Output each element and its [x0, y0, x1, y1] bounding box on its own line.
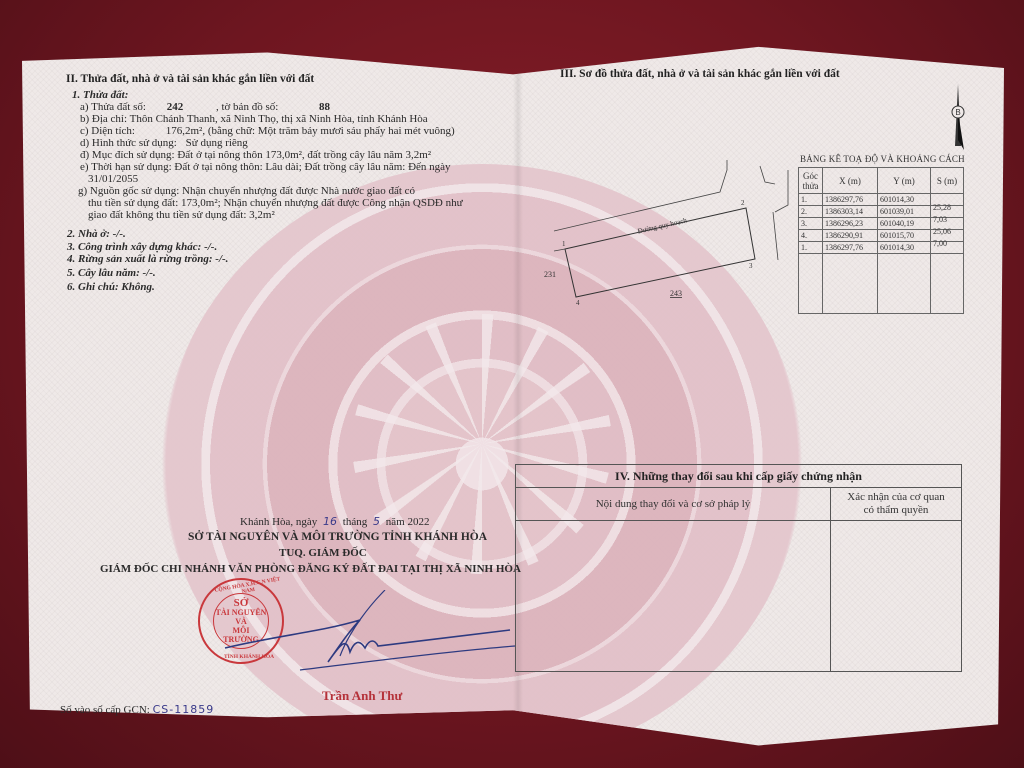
coord-distance: 7,00 [931, 237, 964, 249]
svg-text:Đường quy hoạch: Đường quy hoạch [637, 216, 688, 235]
signer-name: Trần Anh Thư [322, 688, 402, 704]
coord-table: Góc thửa X (m) Y (m) S (m) 1.1386297,766… [798, 167, 964, 314]
coord-corner: 1. [799, 242, 823, 254]
coord-y: 601014,30 [878, 194, 931, 206]
coord-x: 1386296,23 [823, 218, 878, 230]
parcel-number: 242 [167, 101, 184, 113]
field-usage-purpose: đ) Mục đích sử dụng: Đất ở tại nông thôn… [80, 149, 431, 162]
issue-date: Khánh Hòa, ngày 16 tháng 5 năm 2022 [240, 516, 429, 529]
section-iv-title: IV. Những thay đổi sau khi cấp giấy chứn… [516, 465, 961, 488]
north-arrow-icon: B [943, 84, 973, 152]
coord-distance: 7,03 [931, 213, 964, 225]
signature-stroke [200, 590, 520, 680]
svg-text:2: 2 [741, 199, 745, 207]
signer-office: GIÁM ĐỐC CHI NHÁNH VĂN PHÒNG ĐĂNG KÝ ĐẤT… [100, 563, 521, 576]
coord-x: 1386297,76 [823, 194, 878, 206]
coord-x: 1386303,14 [823, 206, 878, 218]
origin-line-3: giao đất không thu tiền sử dụng đất: 3,2… [88, 209, 275, 222]
coord-x: 1386297,76 [823, 242, 878, 254]
section-ii-title: II. Thửa đất, nhà ở và tài sản khác gắn … [66, 73, 314, 85]
field-parcel-number: a) Thửa đất số: 242 , tờ bản đồ số: 88 [80, 101, 330, 114]
coord-x: 1386290,91 [823, 230, 878, 242]
field-origin: g) Nguồn gốc sử dụng: Nhận chuyển nhượng… [78, 185, 415, 198]
item-perennial-trees: 5. Cây lâu năm: -/-. [67, 267, 156, 280]
svg-text:231: 231 [544, 270, 556, 279]
coord-corner: 4. [799, 230, 823, 242]
field-area: c) Diện tích: 176,2m², (bằng chữ: Một tr… [80, 125, 455, 138]
coord-distance: 25,28 [931, 201, 964, 213]
changes-table: IV. Những thay đổi sau khi cấp giấy chứn… [515, 464, 962, 672]
coord-corner: 3. [799, 218, 823, 230]
field-usage-term: e) Thời hạn sử dụng: Đất ở tại nông thôn… [80, 161, 451, 174]
item-other-constructions: 3. Công trình xây dựng khác: -/-. [67, 241, 217, 254]
section-iii-title: III. Sơ đồ thửa đất, nhà ở và tài sản kh… [560, 68, 840, 80]
map-sheet-number: 88 [319, 101, 330, 113]
coord-distance: 25,06 [931, 225, 964, 237]
coord-y: 601040,19 [878, 218, 931, 230]
svg-text:B: B [955, 108, 960, 117]
svg-text:3: 3 [749, 262, 753, 270]
coord-y: 601014,30 [878, 242, 931, 254]
field-address: b) Địa chỉ: Thôn Chánh Thanh, xã Ninh Th… [80, 113, 428, 126]
issue-month: 5 [373, 515, 380, 528]
svg-text:4: 4 [576, 299, 580, 307]
origin-line-2: thu tiền sử dụng đất: 173,0m²; Nhận chuy… [88, 197, 463, 210]
coord-corner: 1. [799, 194, 823, 206]
coord-table-title: BẢNG KÊ TOẠ ĐỘ VÀ KHOẢNG CÁCH [800, 154, 965, 164]
parcel-diagram: Đường quy hoạch 1 2 3 4 231 243 [520, 160, 790, 310]
coord-corner: 2. [799, 206, 823, 218]
item-notes: 6. Ghi chú: Không. [67, 281, 155, 294]
signer-role: TUQ. GIÁM ĐỐC [279, 547, 367, 560]
coord-row: 1.1386297,76601014,3025,28 [799, 194, 964, 206]
svg-text:243: 243 [670, 289, 682, 298]
item-forest: 4. Rừng sản xuất là rừng trồng: -/-. [67, 253, 228, 266]
changes-confirmation-column: Xác nhận của cơ quan có thẩm quyền [831, 488, 961, 671]
register-number: Số vào sổ cấp GCN: CS-11859 [60, 704, 214, 717]
field-usage-form: d) Hình thức sử dụng: Sử dụng riêng [80, 137, 248, 150]
parcel-heading: 1. Thửa đất: [72, 89, 128, 102]
coord-y: 601039,01 [878, 206, 931, 218]
changes-content-column: Nội dung thay đổi và cơ sở pháp lý [516, 488, 831, 671]
issuing-agency: SỞ TÀI NGUYÊN VÀ MÔI TRƯỜNG TỈNH KHÁNH H… [188, 531, 487, 544]
svg-text:1: 1 [562, 240, 566, 248]
usage-term-date: 31/01/2055 [88, 173, 138, 186]
coord-y: 601015,70 [878, 230, 931, 242]
item-house: 2. Nhà ở: -/-. [67, 228, 126, 241]
issue-day: 16 [323, 515, 337, 528]
